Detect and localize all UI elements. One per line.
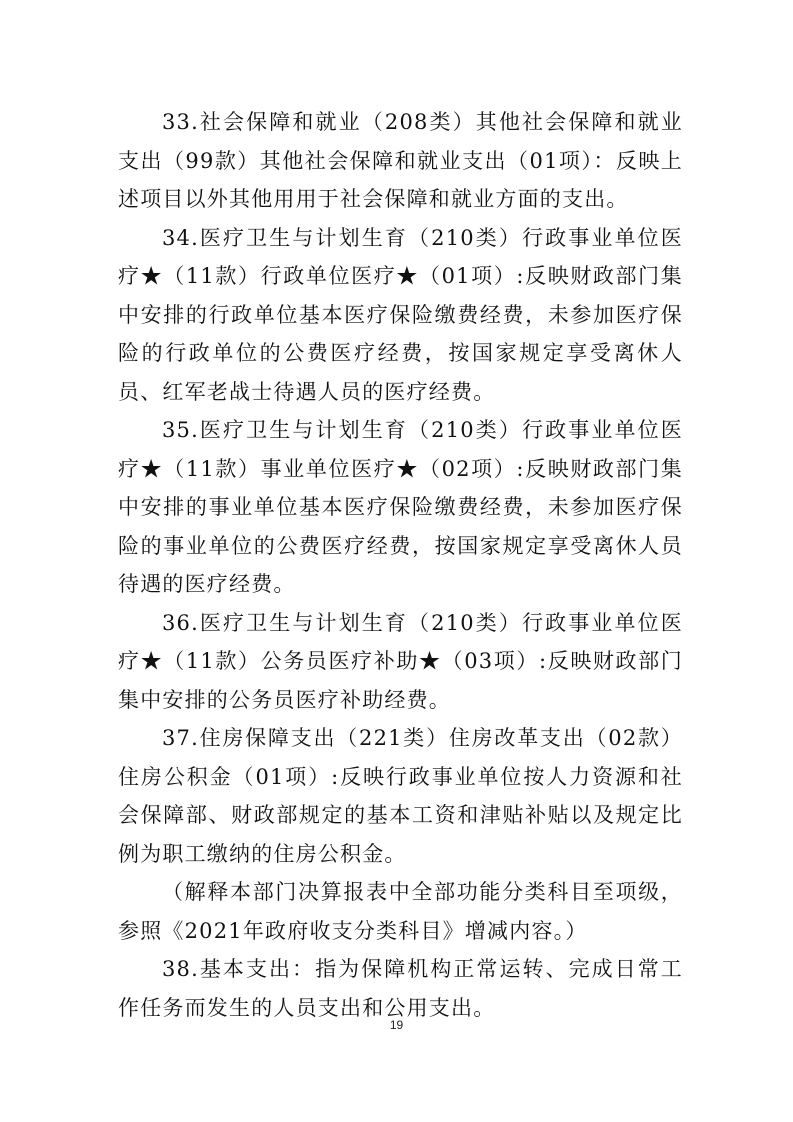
paragraph-explanatory-note: （解释本部门决算报表中全部功能分类科目至项级，参照《2021年政府收支分类科目》… <box>118 873 683 950</box>
paragraph-33-social-security: 33.社会保障和就业（208类）其他社会保障和就业支出（99款）其他社会保障和就… <box>118 103 683 219</box>
paragraph-37-housing-provident-fund: 37.住房保障支出（221类）住房改革支出（02款）住房公积金（01项）:反映行… <box>118 719 683 873</box>
page-number: 19 <box>0 1018 793 1032</box>
paragraph-34-admin-unit-medical: 34.医疗卫生与计划生育（210类）行政事业单位医疗★（11款）行政单位医疗★（… <box>118 219 683 412</box>
document-body: 33.社会保障和就业（208类）其他社会保障和就业支出（99款）其他社会保障和就… <box>118 103 683 1027</box>
paragraph-38-basic-expenditure: 38.基本支出：指为保障机构正常运转、完成日常工作任务而发生的人员支出和公用支出… <box>118 950 683 1027</box>
paragraph-36-civil-servant-medical-subsidy: 36.医疗卫生与计划生育（210类）行政事业单位医疗★（11款）公务员医疗补助★… <box>118 604 683 720</box>
paragraph-35-public-institution-medical: 35.医疗卫生与计划生育（210类）行政事业单位医疗★（11款）事业单位医疗★（… <box>118 411 683 604</box>
document-page: 33.社会保障和就业（208类）其他社会保障和就业支出（99款）其他社会保障和就… <box>0 0 793 1122</box>
